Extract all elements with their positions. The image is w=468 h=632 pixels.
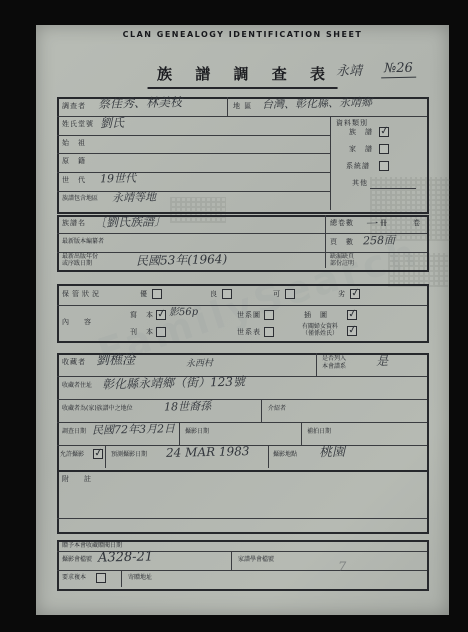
owner-position-value: 18世裔孫 bbox=[164, 401, 211, 413]
illustration-checkbox: ✓ bbox=[347, 310, 357, 320]
lineage-table-checkbox bbox=[264, 327, 274, 337]
copy-requested-label: 要求複本 bbox=[62, 575, 86, 581]
area-value: 台灣、彰化縣、永靖鄉 bbox=[262, 97, 372, 110]
category-other-label: 其他 bbox=[352, 180, 368, 187]
owner-address-label: 收藏者住址 bbox=[62, 383, 92, 389]
planned-filming-date-label: 預測攝影日期 bbox=[111, 452, 147, 458]
surveyor-label: 調查者 bbox=[62, 103, 86, 110]
origin-label: 原 籍 bbox=[62, 158, 86, 165]
grade-poor-label: 劣 bbox=[338, 291, 346, 298]
area-label: 地 區 bbox=[233, 103, 252, 110]
introducer-label: 介紹者 bbox=[268, 406, 286, 412]
grade-fair-label: 可 bbox=[273, 291, 281, 298]
film-archive-number-value: A328-21 bbox=[98, 550, 153, 564]
society-number-label: 家譜學會檔號 bbox=[238, 557, 274, 563]
grade-excellent-label: 優 bbox=[140, 291, 148, 298]
first-ancestor-label: 始 祖 bbox=[62, 140, 86, 147]
category-jiapu-label: 家 譜 bbox=[349, 146, 373, 153]
filming-permitted-label: 允許攝影 bbox=[60, 452, 84, 458]
listed-in-society-label-line2: 本會譜系 bbox=[322, 364, 346, 370]
grade-poor-checkbox: ✓ bbox=[350, 289, 360, 299]
serial-place-handwritten: 永靖 bbox=[336, 65, 362, 79]
printed-edition-label: 刊 本 bbox=[130, 329, 154, 336]
mailing-address-label: 寄贈地址 bbox=[128, 575, 152, 581]
category-zupu-checkbox: ✓ bbox=[379, 127, 389, 137]
scanned-sheet: FamilySearch CLAN GENEALOGY IDENTIFICATI… bbox=[0, 0, 468, 632]
missing-pages-label-line2: 部份註明 bbox=[330, 261, 354, 267]
manuscript-label: 寫 本 bbox=[130, 312, 154, 319]
listed-answer-handwritten: 是 bbox=[376, 355, 388, 367]
serial-number-handwritten: №26 bbox=[381, 62, 416, 76]
printed-edition-checkbox bbox=[156, 327, 166, 337]
women-data-checkbox: ✓ bbox=[347, 326, 357, 336]
owner-label: 收藏者 bbox=[62, 359, 86, 366]
grade-good-label: 良 bbox=[210, 291, 218, 298]
filming-date-label: 攝影日期 bbox=[185, 429, 209, 435]
publication-year-label-line2: 或序跋日期 bbox=[62, 261, 92, 267]
publication-year-value: 民國53年(1964) bbox=[136, 253, 227, 267]
generations-value: 19世代 bbox=[100, 173, 136, 185]
volumes-unit-juan: 卷 bbox=[413, 220, 421, 227]
category-label: 資料類別 bbox=[336, 120, 368, 127]
surname-value: 劉氏 bbox=[100, 117, 124, 130]
coverage-label: 族譜包含地區 bbox=[62, 196, 98, 202]
volumes-unit-ce: 冊 bbox=[380, 220, 388, 227]
genealogy-title-label: 族譜名 bbox=[62, 220, 86, 227]
copy-requested-checkbox bbox=[96, 573, 106, 583]
generations-label: 世 代 bbox=[62, 177, 86, 184]
volumes-label: 總卷數 bbox=[330, 220, 354, 227]
notes-label: 附 註 bbox=[62, 476, 95, 483]
category-jiapu-checkbox bbox=[379, 144, 389, 154]
page-title: 族 譜 調 查 表 bbox=[147, 63, 338, 89]
owner-village-note: 永西村 bbox=[186, 360, 213, 370]
lineage-chart-checkbox bbox=[264, 310, 274, 320]
filming-permitted-checkbox: ✓ bbox=[93, 449, 103, 459]
grade-fair-checkbox bbox=[285, 289, 295, 299]
pages-label: 頁 數 bbox=[330, 239, 354, 246]
grade-good-checkbox bbox=[222, 289, 232, 299]
women-data-label-line2: （僅係姓氏） bbox=[302, 331, 338, 337]
illustration-label: 插 圖 bbox=[304, 312, 328, 319]
genealogy-title-value: 〔劉氏族譜〕 bbox=[94, 215, 166, 229]
owner-address-value: 彰化縣永靖鄉（街）123號 bbox=[102, 376, 245, 391]
category-lineage-chart-checkbox bbox=[379, 161, 389, 171]
listed-in-society-label-line1: 是否列入 bbox=[322, 356, 346, 362]
owner-value: 劉樵淦 bbox=[96, 354, 135, 368]
surveyor-value: 蔡佳秀、林美枝 bbox=[98, 96, 182, 110]
survey-date-value: 民國72年3月2日 bbox=[92, 423, 175, 436]
coverage-value: 永靖等地 bbox=[112, 192, 156, 204]
contents-label: 內 容 bbox=[62, 319, 95, 326]
survey-date-label: 調查日期 bbox=[62, 429, 86, 435]
donation-date-label: 贈予本會收藏贈閱日期 bbox=[62, 543, 122, 549]
filming-location-label: 攝影地點 bbox=[273, 452, 297, 458]
english-title: CLAN GENEALOGY IDENTIFICATION SHEET bbox=[36, 30, 449, 39]
lineage-chart-label: 世系圖 bbox=[237, 312, 261, 319]
planned-filming-date-value: 24 MAR 1983 bbox=[166, 445, 250, 459]
pencil-mark: 7 bbox=[338, 560, 346, 575]
volumes-value: 一 bbox=[365, 218, 377, 230]
refilm-date-label: 補拍日期 bbox=[307, 429, 331, 435]
category-lineage-chart-label: 系統譜 bbox=[346, 163, 370, 170]
manuscript-note-handwritten: 影56p bbox=[169, 308, 198, 319]
keeping-condition-label: 保管狀況 bbox=[62, 291, 102, 298]
surname-hall-label: 姓氏堂號 bbox=[62, 121, 94, 128]
filming-location-value: 桃園 bbox=[319, 446, 345, 460]
grade-excellent-checkbox bbox=[152, 289, 162, 299]
category-zupu-label: 族 譜 bbox=[349, 129, 373, 136]
pages-value: 258面 bbox=[363, 235, 395, 247]
paper-page: FamilySearch CLAN GENEALOGY IDENTIFICATI… bbox=[36, 25, 449, 615]
owner-position-label: 收藏者為(家)族譜中之地位 bbox=[62, 406, 133, 412]
compiler-label: 最新版本編纂者 bbox=[62, 239, 104, 245]
manuscript-checkbox: ✓ bbox=[156, 310, 166, 320]
film-archive-number-label: 攝影會檔號 bbox=[62, 557, 92, 563]
lineage-table-label: 世系表 bbox=[237, 329, 261, 336]
notes-section bbox=[57, 470, 429, 534]
